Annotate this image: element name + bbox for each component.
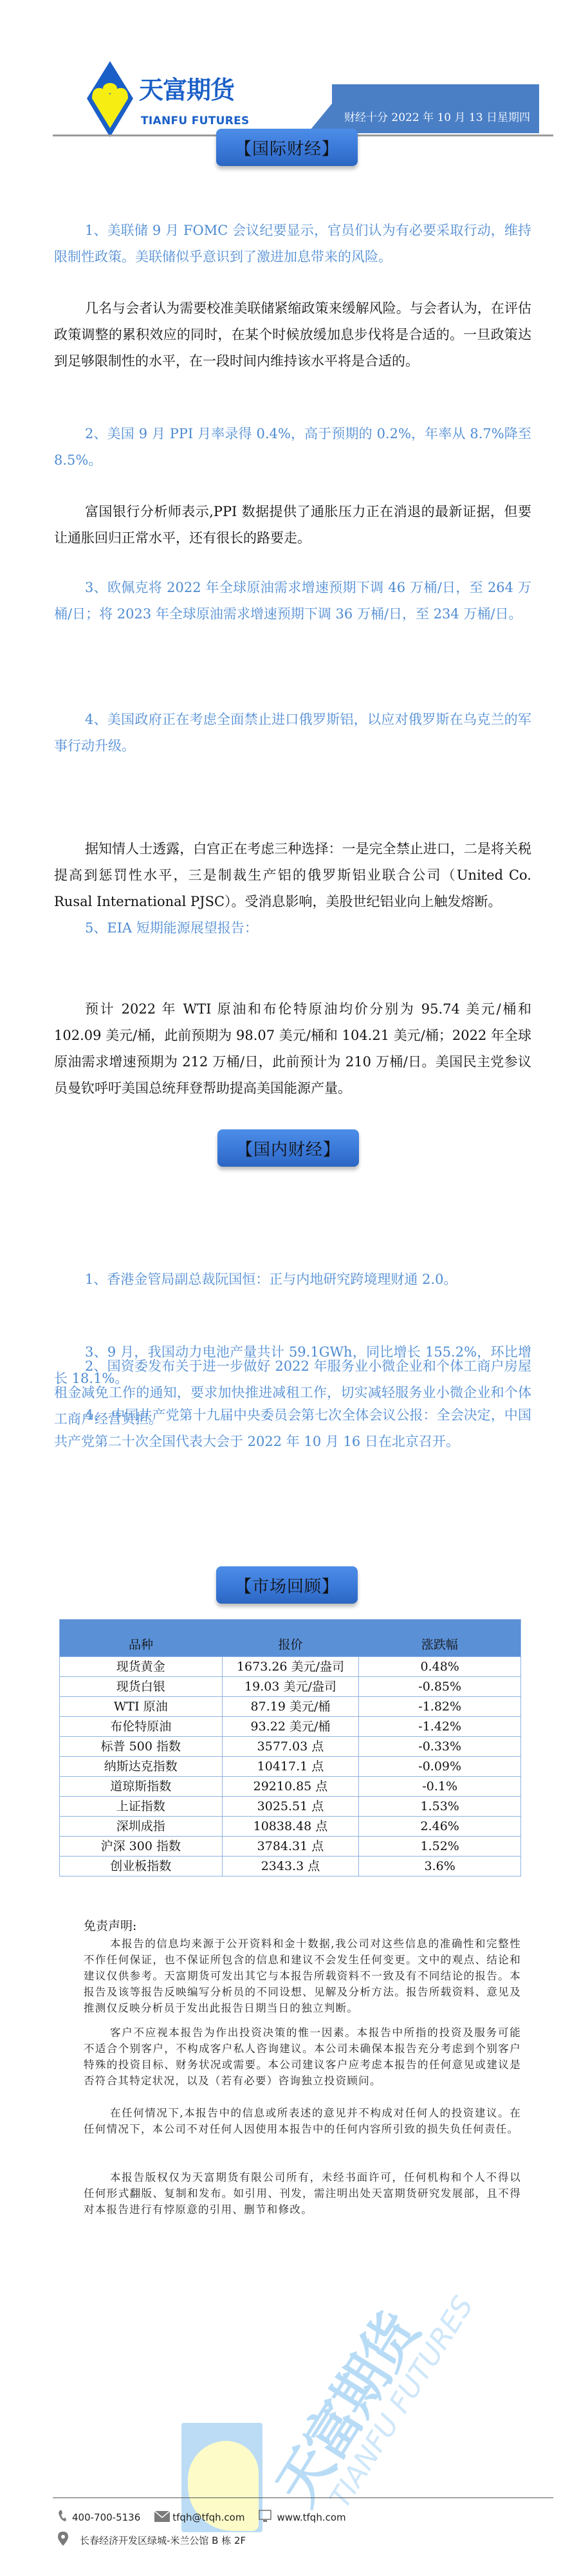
instrument-cell: 上证指数 <box>60 1797 223 1817</box>
intl-item-5: 5、EIA 短期能源展望报告： <box>54 915 531 941</box>
instrument-cell: 纳斯达克指数 <box>60 1757 223 1777</box>
column-header: 报价 <box>222 1620 359 1657</box>
tianfu-logo-icon <box>87 61 133 137</box>
instrument-cell: 标普 500 指数 <box>60 1737 223 1757</box>
instrument-cell: WTI 原油 <box>60 1697 223 1717</box>
instrument-cell: 现货白银 <box>60 1677 223 1697</box>
change-cell: -0.09% <box>359 1757 521 1777</box>
price-cell: 10417.1 点 <box>222 1757 359 1777</box>
change-cell: 0.48% <box>359 1657 521 1677</box>
price-cell: 3577.03 点 <box>222 1737 359 1757</box>
market-review-table: 品种 报价 涨跌幅 现货黄金1673.26 美元/盎司0.48% 现货白银19.… <box>59 1619 521 1876</box>
intl-item-3: 3、欧佩克将 2022 年全球原油需求增速预期下调 46 万桶/日，至 264 … <box>54 575 531 627</box>
section-banner-domestic: 【国内财经】 <box>217 1129 359 1167</box>
change-cell: 1.53% <box>359 1797 521 1817</box>
price-cell: 93.22 美元/桶 <box>222 1717 359 1737</box>
table-row: 上证指数3025.51 点1.53% <box>60 1797 521 1817</box>
footer-divider <box>53 2497 553 2498</box>
disclaimer-paragraph: 本报告的信息均来源于公开资料和金十数据,我公司对这些信息的准确性和完整性不作任何… <box>84 1936 521 2016</box>
domestic-item-1: 1、香港金管局副总裁阮国恒：正与内地研究跨境理财通 2.0。 <box>54 1266 531 1293</box>
report-date: 财经十分 2022 年 10 月 13 日星期四 <box>344 111 530 125</box>
price-cell: 1673.26 美元/盎司 <box>222 1657 359 1677</box>
intl-item-2-detail: 富国银行分析师表示,PPI 数据提供了通胀压力正在消退的最新证据，但要让通胀回归… <box>54 499 531 551</box>
intl-item-5-detail: 预计 2022 年 WTI 原油和布伦特原油均价分别为 95.74 美元/桶和 … <box>54 996 531 1102</box>
section-banner-market: 【市场回顾】 <box>216 1566 358 1604</box>
change-cell: -1.82% <box>359 1697 521 1717</box>
table-row: 道琼斯指数29210.85 点-0.1% <box>60 1777 521 1797</box>
watermark: 天富期货 TIANFU FUTURES <box>239 2277 481 2549</box>
table-row: 创业板指数2343.3 点3.6% <box>60 1857 521 1876</box>
phone-icon <box>58 2510 67 2525</box>
address-text: 长春经济开发区绿城-米兰公馆 B 栋 2F <box>80 2534 246 2547</box>
table-row: 现货白银19.03 美元/盎司-0.85% <box>60 1677 521 1697</box>
report-header: 天富期货 TIANFU FUTURES 财经十分 2022 年 10 月 13 … <box>0 0 579 138</box>
change-cell: 3.6% <box>359 1857 521 1876</box>
column-header: 品种 <box>60 1620 223 1657</box>
change-cell: -0.85% <box>359 1677 521 1697</box>
table-row: 现货黄金1673.26 美元/盎司0.48% <box>60 1657 521 1677</box>
price-cell: 87.19 美元/桶 <box>222 1697 359 1717</box>
price-cell: 3784.31 点 <box>222 1837 359 1857</box>
table-header-row: 品种 报价 涨跌幅 <box>60 1620 521 1657</box>
table-row: 沪深 300 指数3784.31 点1.52% <box>60 1837 521 1857</box>
price-cell: 10838.48 点 <box>222 1817 359 1837</box>
price-cell: 29210.85 点 <box>222 1777 359 1797</box>
table-row: 纳斯达克指数10417.1 点-0.09% <box>60 1757 521 1777</box>
change-cell: -1.42% <box>359 1717 521 1737</box>
instrument-cell: 道琼斯指数 <box>60 1777 223 1797</box>
phone-number[interactable]: 400-700-5136 <box>72 2512 140 2523</box>
disclaimer-paragraph: 在任何情况下,本报告中的信息或所表述的意见并不构成对任何人的投资建议。在任何情况… <box>84 2105 521 2137</box>
monitor-icon <box>259 2510 271 2525</box>
section-title: 【国际财经】 <box>235 136 339 160</box>
instrument-cell: 现货黄金 <box>60 1657 223 1677</box>
disclaimer-title: 免责声明: <box>84 1918 136 1934</box>
location-pin-icon <box>58 2532 68 2548</box>
instrument-cell: 深圳成指 <box>60 1817 223 1837</box>
change-cell: 2.46% <box>359 1817 521 1837</box>
price-cell: 3025.51 点 <box>222 1797 359 1817</box>
table-row: 布伦特原油93.22 美元/桶-1.42% <box>60 1717 521 1737</box>
email-link[interactable]: tfqh@tfqh.com <box>172 2512 244 2523</box>
brand-name-cn: 天富期货 <box>139 76 234 104</box>
intl-item-1: 1、美联储 9 月 FOMC 会议纪要显示，官员们认为有必要采取行动，维持限制性… <box>54 218 531 270</box>
instrument-cell: 创业板指数 <box>60 1857 223 1876</box>
table-row: 标普 500 指数3577.03 点-0.33% <box>60 1737 521 1757</box>
instrument-cell: 布伦特原油 <box>60 1717 223 1737</box>
domestic-item-4: 4、 中国共产党第十九届中央委员会第七次全体会议公报：全会决定，中国共产党第二十… <box>54 1402 531 1455</box>
column-header: 涨跌幅 <box>359 1620 521 1657</box>
footer-contacts: 400-700-5136 tfqh@tfqh.com www.tfqh.com <box>58 2510 346 2525</box>
mail-icon <box>154 2511 170 2525</box>
intl-item-4: 4、美国政府正在考虑全面禁止进口俄罗斯铝，以应对俄罗斯在乌克兰的军事行动升级。 <box>54 707 531 759</box>
table-row: WTI 原油87.19 美元/桶-1.82% <box>60 1697 521 1717</box>
website-link[interactable]: www.tfqh.com <box>277 2512 345 2523</box>
disclaimer-paragraph: 本报告版权仅为天富期货有限公司所有，未经书面许可，任何机构和个人不得以任何形式翻… <box>84 2169 521 2218</box>
price-cell: 2343.3 点 <box>222 1857 359 1876</box>
intl-item-4-detail: 据知情人士透露，白宫正在考虑三种选择：一是完全禁止进口，二是将关税提高到惩罚性水… <box>54 836 531 915</box>
footer-address: 长春经济开发区绿城-米兰公馆 B 栋 2F <box>58 2532 246 2548</box>
change-cell: -0.33% <box>359 1737 521 1757</box>
table-row: 深圳成指10838.48 点2.46% <box>60 1817 521 1837</box>
section-title: 【国内财经】 <box>236 1136 340 1160</box>
date-banner <box>308 84 539 133</box>
domestic-item-3: 3、9 月，我国动力电池产量共计 59.1GWh，同比增长 155.2%，环比增… <box>54 1339 531 1392</box>
disclaimer-paragraph: 客户不应视本报告为作出投资决策的惟一因素。本报告中所指的投资及服务可能不适合个别… <box>84 2025 521 2089</box>
change-cell: -0.1% <box>359 1777 521 1797</box>
intl-item-2: 2、美国 9 月 PPI 月率录得 0.4%，高于预期的 0.2%，年率从 8.… <box>54 421 531 474</box>
section-banner-international: 【国际财经】 <box>216 129 358 166</box>
brand-name-en: TIANFU FUTURES <box>141 115 250 127</box>
change-cell: 1.52% <box>359 1837 521 1857</box>
intl-item-1-detail: 几名与会者认为需要校准美联储紧缩政策来缓解风险。与会者认为，在评估政策调整的累积… <box>54 295 531 375</box>
price-cell: 19.03 美元/盎司 <box>222 1677 359 1697</box>
section-title: 【市场回顾】 <box>235 1573 339 1597</box>
instrument-cell: 沪深 300 指数 <box>60 1837 223 1857</box>
